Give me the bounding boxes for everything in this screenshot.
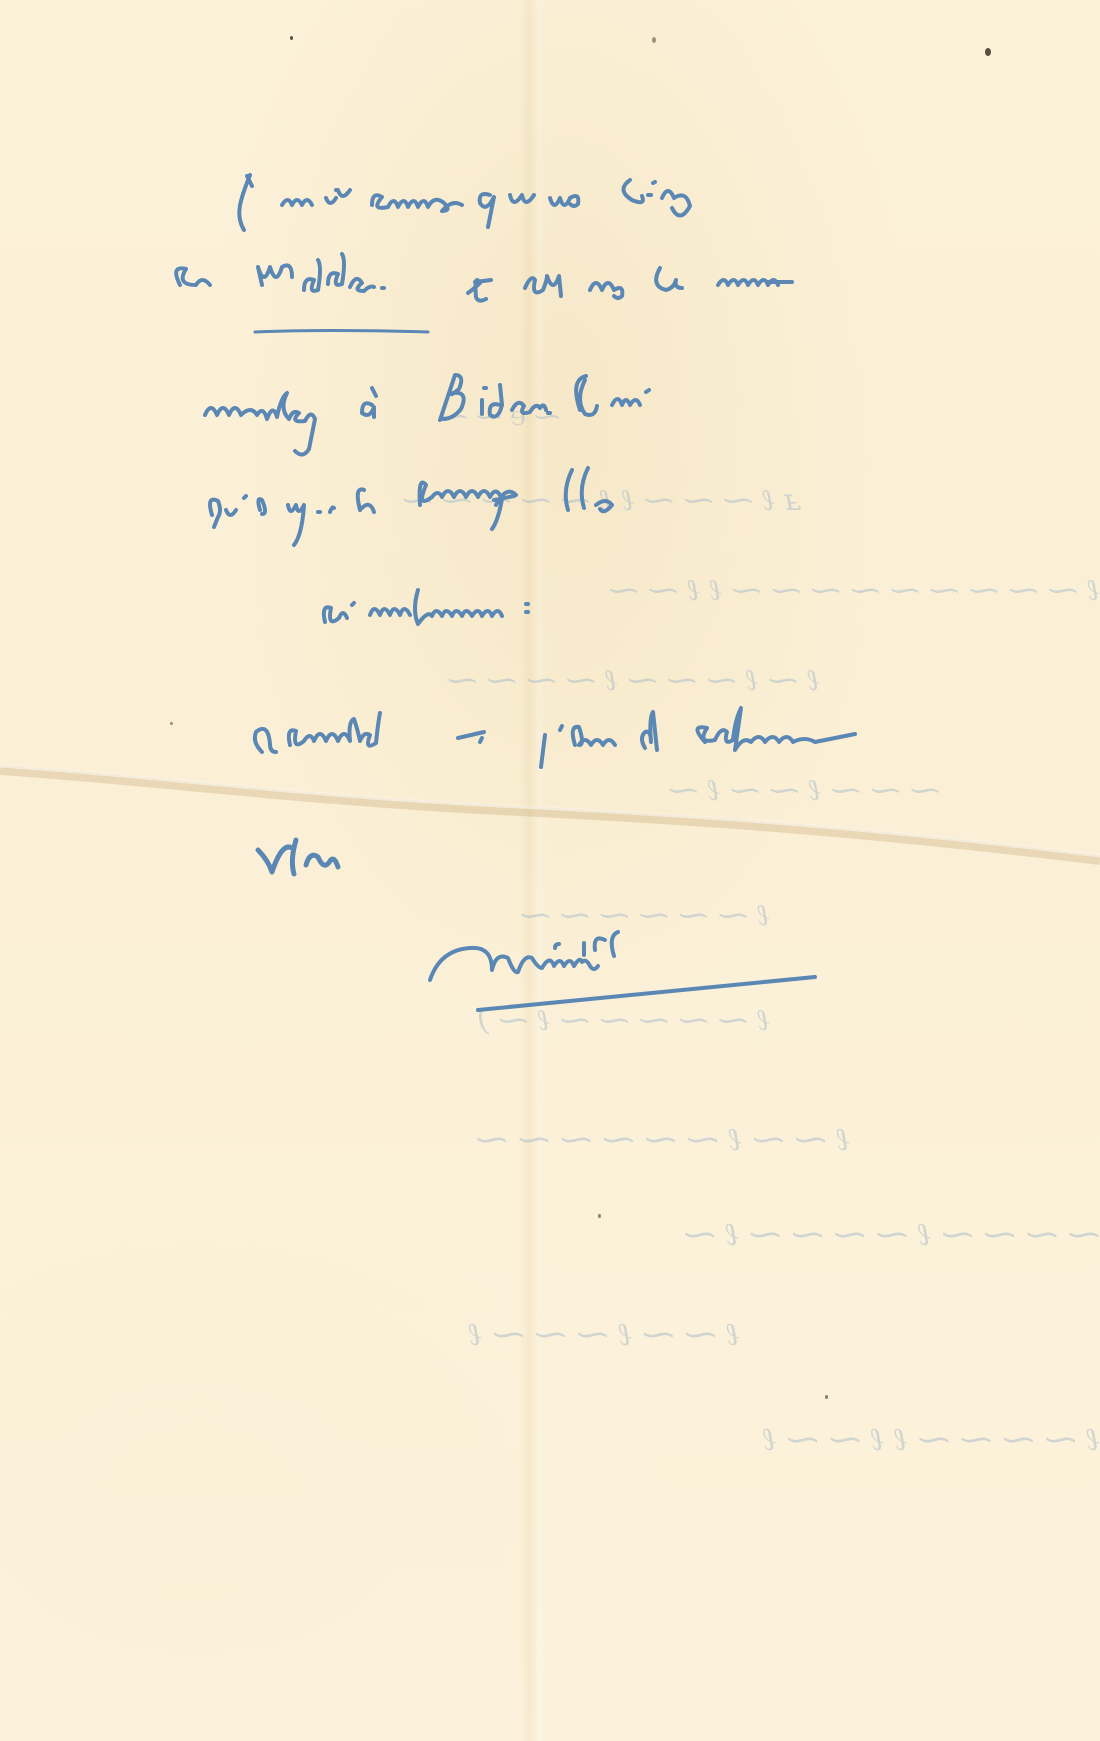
- paper-speck: [598, 1214, 601, 1218]
- letter-line-7: vôtre: [255, 830, 401, 881]
- letter-line-2: La Maladie et que vous la recom-: [175, 258, 1100, 309]
- letter-page: ⁓ ℮ ⁓ ⁓ ⅎ ℓ ⁓ ⁓ ⁓ ℓ ℓ ⁓ ⁓ ⁓ ⁓ ⁓ ℓ ⁓ ⁓ ⁓ …: [0, 0, 1100, 1741]
- signature: Maurice: [430, 930, 657, 981]
- letter-line-4: qu'il y a là beaucoup plus: [210, 478, 934, 529]
- paper-speck: [652, 37, 656, 43]
- paper-speck: [290, 36, 293, 40]
- paper-speck: [985, 48, 991, 56]
- letter-line-6: A bientôt j'espère et cordialement: [255, 718, 1100, 769]
- letter-line-5: qu'un roman.: [320, 588, 689, 639]
- letter-line-3: manderez à Bidou. Je crois: [205, 378, 960, 429]
- letter-line-1: Je suis heureux que vous lisiez: [240, 170, 1100, 221]
- paper-speck: [170, 722, 173, 725]
- paper-speck: [825, 1395, 828, 1399]
